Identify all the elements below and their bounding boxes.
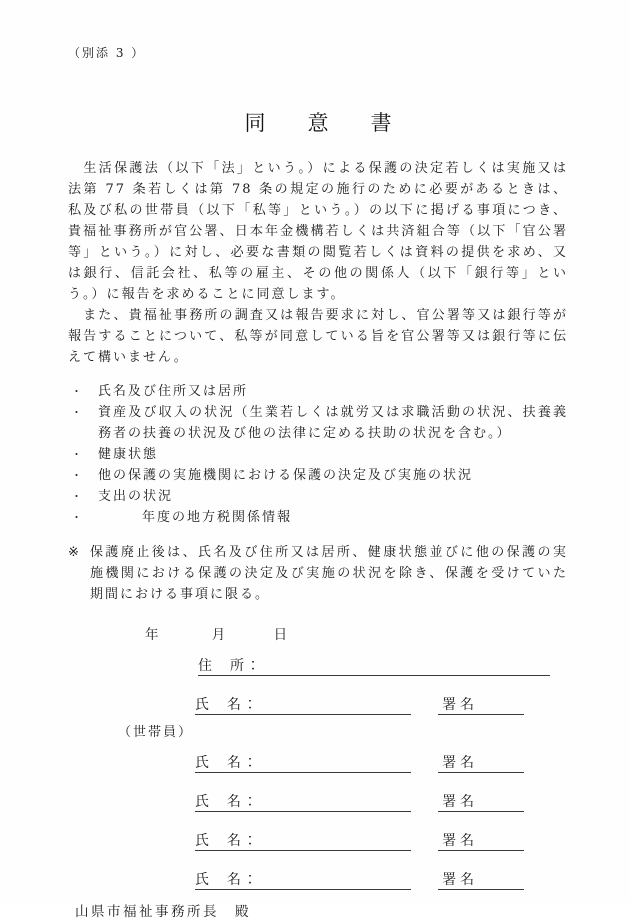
addressee-line: 山県市福祉事務所長 殿 (75, 900, 568, 920)
disclosure-items-list: ・ 氏名及び住所又は居所 ・ 資産及び収入の状況（生業若しくは就労又は求職活動の… (68, 381, 568, 528)
bullet-icon: ・ (68, 486, 98, 507)
name-signature-row: 氏 名： 署名 (195, 791, 568, 812)
bullet-icon: ・ (68, 381, 98, 402)
list-item-text: 支出の状況 (98, 486, 568, 507)
name-label: 氏 名： (195, 794, 259, 810)
address-field: 住 所： (198, 655, 550, 676)
consent-paragraph-1: 生活保護法（以下「法」という。）による保護の決定若しくは実施又は法第 77 条若… (68, 158, 568, 305)
restriction-note: ※ 保護廃止後は、氏名及び住所又は居所、健康状態並びに他の保護の実施機関における… (68, 542, 568, 605)
name-field: 氏 名： (195, 694, 411, 715)
name-signature-row: 氏 名： 署名 (195, 752, 568, 773)
signature-label: 署名 (442, 872, 478, 888)
list-item: ・ 氏名及び住所又は居所 (68, 381, 568, 402)
signature-label: 署名 (442, 697, 478, 713)
signature-field: 署名 (438, 869, 524, 890)
name-field: 氏 名： (195, 830, 411, 851)
month-label: 月 (212, 627, 227, 643)
signature-field: 署名 (438, 791, 524, 812)
attachment-number: （別添 3 ） (68, 44, 568, 61)
list-item: ・ 資産及び収入の状況（生業若しくは就労又は求職活動の状況、扶養義務者の扶養の状… (68, 402, 568, 444)
list-item-text: 氏名及び住所又は居所 (98, 381, 568, 402)
name-label: 氏 名： (195, 872, 259, 888)
bullet-icon: ・ (68, 402, 98, 423)
list-item: ・ 健康状態 (68, 444, 568, 465)
signature-field: 署名 (438, 694, 524, 715)
bullet-icon: ・ (68, 507, 98, 528)
name-signature-row: 氏 名： 署名 (195, 830, 568, 851)
list-item: ・ 年度の地方税関係情報 (68, 507, 568, 528)
name-label: 氏 名： (195, 755, 259, 771)
address-label: 住 所： (198, 658, 262, 674)
list-item-text: 年度の地方税関係情報 (98, 507, 568, 528)
signature-label: 署名 (442, 833, 478, 849)
name-signature-row: 氏 名： 署名 (195, 694, 568, 715)
consent-paragraph-2: また、貴福祉事務所の調査又は報告要求に対し、官公署等又は銀行等が報告することにつ… (68, 305, 568, 368)
list-item: ・ 他の保護の実施機関における保護の決定及び実施の状況 (68, 465, 568, 486)
name-field: 氏 名： (195, 752, 411, 773)
name-signature-row: 氏 名： 署名 (195, 869, 568, 890)
list-item-text: 健康状態 (98, 444, 568, 465)
address-row: 住 所： (198, 655, 568, 676)
bullet-icon: ・ (68, 465, 98, 486)
note-text: 保護廃止後は、氏名及び住所又は居所、健康状態並びに他の保護の実施機関における保護… (90, 542, 568, 605)
date-row: 年 月 日 (145, 623, 568, 643)
document-title: 同 意 書 (68, 107, 568, 137)
bullet-icon: ・ (68, 444, 98, 465)
signature-field: 署名 (438, 752, 524, 773)
name-field: 氏 名： (195, 869, 411, 890)
fiscal-year-item-text: 年度の地方税関係情報 (142, 510, 292, 525)
consent-form-page: （別添 3 ） 同 意 書 生活保護法（以下「法」という。）による保護の決定若し… (0, 0, 630, 903)
list-item-text: 他の保護の実施機関における保護の決定及び実施の状況 (98, 465, 568, 486)
signature-field: 署名 (438, 830, 524, 851)
signature-label: 署名 (442, 794, 478, 810)
list-item-text: 資産及び収入の状況（生業若しくは就労又は求職活動の状況、扶養義務者の扶養の状況及… (98, 402, 568, 444)
day-label: 日 (274, 627, 289, 643)
name-label: 氏 名： (195, 833, 259, 849)
household-members-label: （世帯員） (118, 721, 568, 740)
name-label: 氏 名： (195, 697, 259, 713)
signature-label: 署名 (442, 755, 478, 771)
list-item: ・ 支出の状況 (68, 486, 568, 507)
note-marker: ※ (68, 542, 90, 605)
name-field: 氏 名： (195, 791, 411, 812)
year-label: 年 (145, 627, 160, 643)
